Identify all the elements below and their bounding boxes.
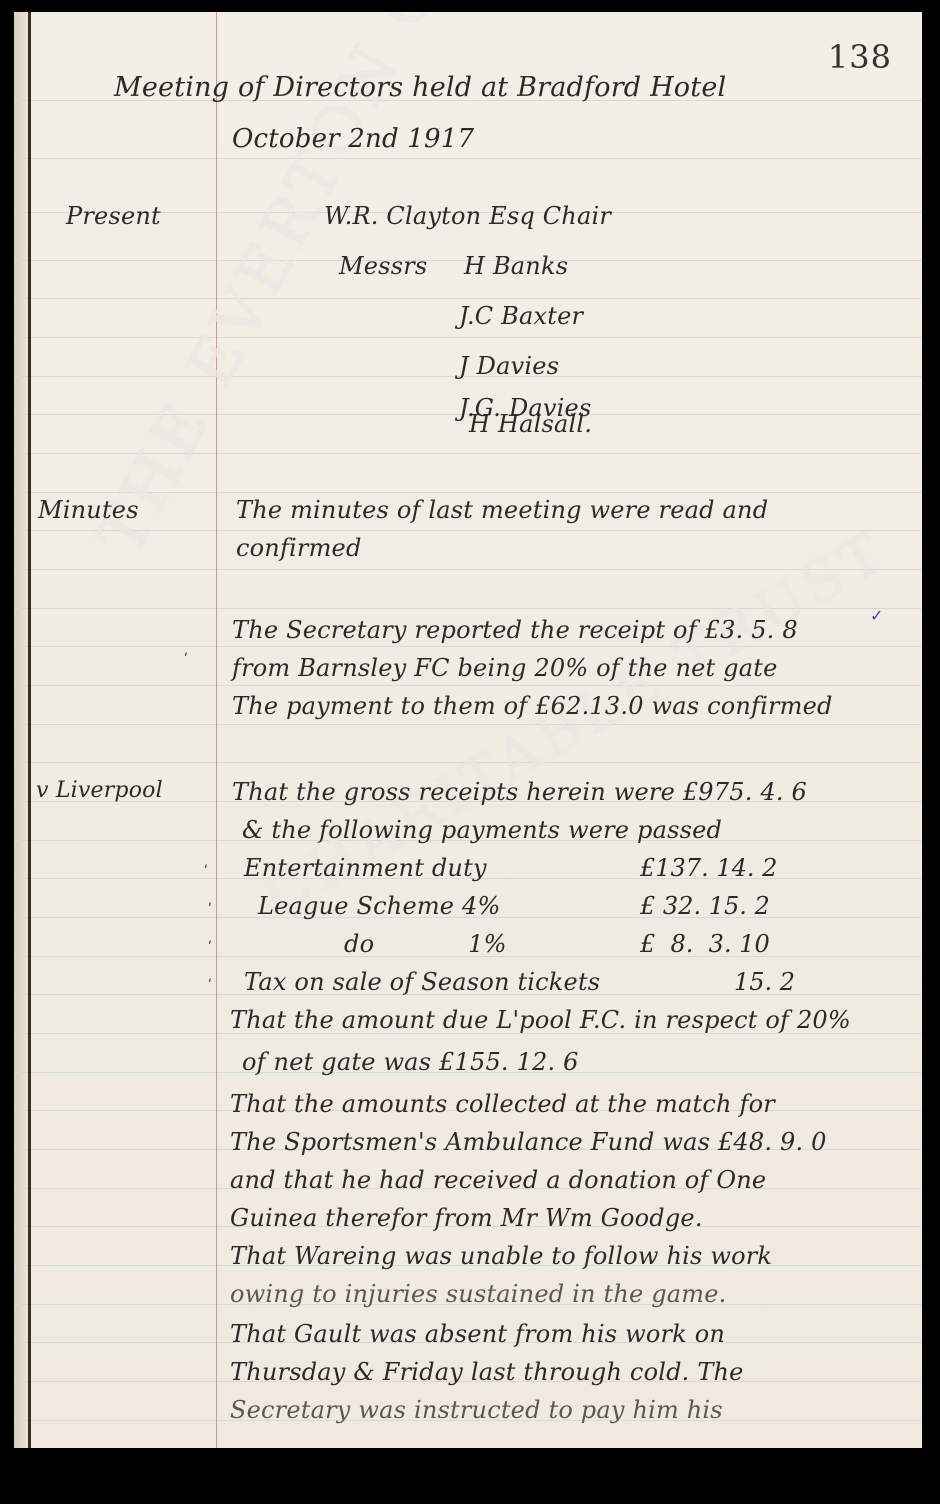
liverpool-text: and that he had received a donation of O…: [230, 1166, 766, 1194]
liverpool-text: owing to injuries sustained in the game.: [230, 1280, 727, 1308]
ruled-line: [14, 608, 922, 609]
payment-amount: £ 32. 15. 2: [640, 892, 770, 920]
liverpool-text: of net gate was £155. 12. 6: [242, 1048, 579, 1076]
liverpool-text: Thursday & Friday last through cold. The: [230, 1358, 744, 1386]
liverpool-text: That Wareing was unable to follow his wo…: [230, 1242, 772, 1270]
barnsley-text: The Secretary reported the receipt of £3…: [232, 616, 798, 644]
member-name: H Halsall.: [469, 410, 592, 438]
liverpool-text: That Gault was absent from his work on: [230, 1320, 725, 1348]
payment-amount: 15. 2: [734, 968, 795, 996]
page-number: 138: [828, 38, 892, 76]
liverpool-text: That the gross receipts herein were £975…: [232, 778, 807, 806]
ruled-line: [14, 646, 922, 647]
payment-label: Entertainment duty: [244, 854, 487, 882]
liverpool-label: v Liverpool: [36, 778, 163, 803]
ruled-line: [14, 492, 922, 493]
payment-amount: £ 8. 3. 10: [640, 930, 770, 958]
present-label: Present: [66, 202, 161, 230]
liverpool-text: That the amounts collected at the match …: [230, 1090, 775, 1118]
liverpool-text: That the amount due L'pool F.C. in respe…: [230, 1006, 851, 1034]
chair-name: W.R. Clayton Esq Chair: [324, 202, 611, 230]
ruled-line: [14, 685, 922, 686]
ruled-line: [14, 453, 922, 454]
member-name: H Banks: [464, 252, 568, 280]
binding-shade: [14, 12, 28, 1448]
minutes-text: confirmed: [236, 534, 362, 562]
tick-icon: ʹ: [184, 652, 188, 668]
barnsley-text: The payment to them of £62.13.0 was conf…: [232, 692, 833, 720]
messrs-label: Messrs: [339, 252, 427, 280]
payment-label: do 1%: [344, 930, 507, 958]
ruled-line: [14, 337, 922, 338]
meeting-title: Meeting of Directors held at Bradford Ho…: [114, 72, 726, 103]
member-name: J.C Baxter: [459, 302, 583, 330]
binding-edge: [28, 12, 31, 1448]
minutes-label: Minutes: [38, 496, 139, 524]
barnsley-text: from Barnsley FC being 20% of the net ga…: [232, 654, 778, 682]
member-name: J Davies: [459, 352, 559, 380]
minutes-text: The minutes of last meeting were read an…: [236, 496, 768, 524]
liverpool-text: & the following payments were passed: [242, 816, 722, 844]
ruled-line: [14, 158, 922, 159]
liverpool-text: The Sportsmen's Ambulance Fund was £48. …: [230, 1128, 827, 1156]
tick-icon: ʹ: [208, 902, 212, 918]
ruled-line: [14, 569, 922, 570]
payment-amount: £137. 14. 2: [640, 854, 777, 882]
tick-icon: ʹ: [208, 978, 212, 994]
meeting-date: October 2nd 1917: [232, 124, 474, 154]
tick-icon: ʹ: [204, 864, 208, 880]
payment-label: League Scheme 4%: [258, 892, 501, 920]
ruled-line: [14, 530, 922, 531]
ledger-page: THE EVERTON COLLECTION CHARITABLE TRUST …: [14, 12, 922, 1448]
liverpool-text: Secretary was instructed to pay him his: [230, 1396, 723, 1424]
check-mark-icon: ✓: [870, 606, 883, 625]
ruled-line: [14, 298, 922, 299]
ruled-line: [14, 762, 922, 763]
ruled-line: [14, 724, 922, 725]
tick-icon: ʹ: [208, 940, 212, 956]
payment-label: Tax on sale of Season tickets: [244, 968, 600, 996]
liverpool-text: Guinea therefor from Mr Wm Goodge.: [230, 1204, 703, 1232]
margin-rule: [216, 12, 217, 1448]
